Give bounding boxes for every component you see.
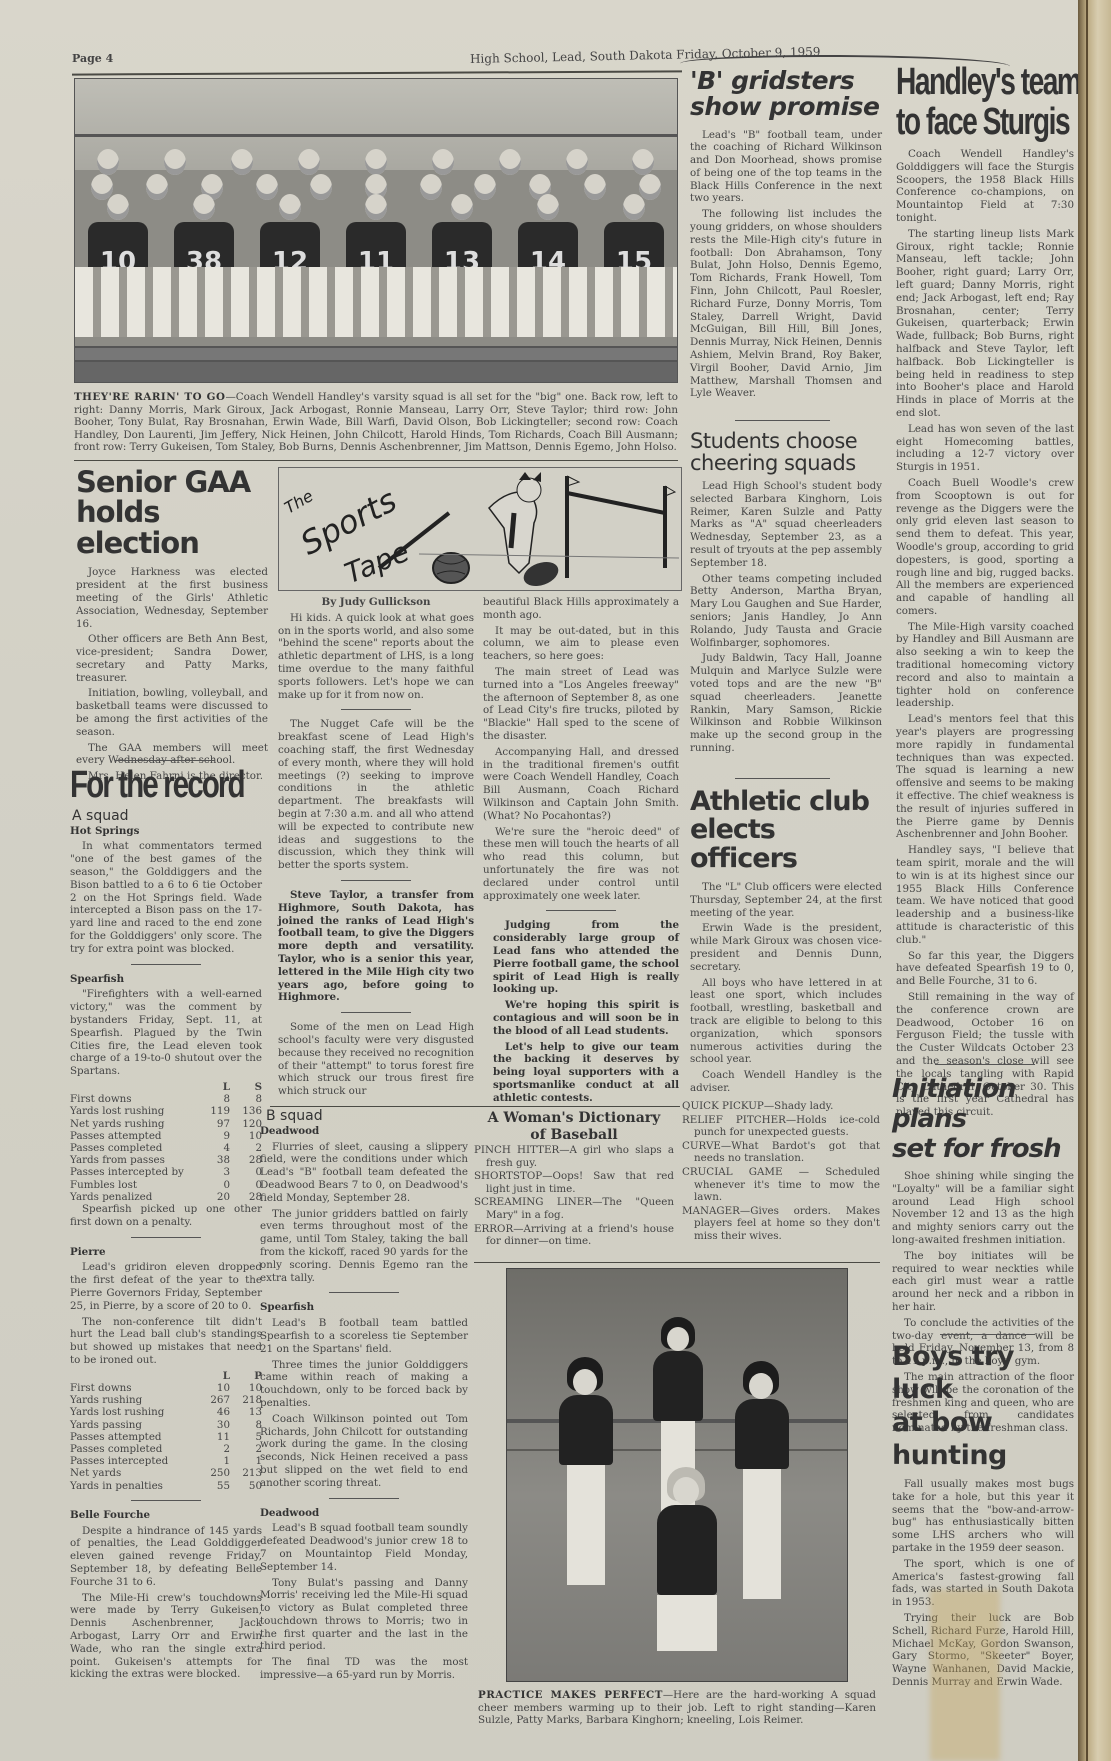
paragraph: Judging from the considerably large grou…	[493, 919, 679, 996]
page-number: Page 4	[72, 52, 113, 65]
table-row: Yards in penalties5550	[70, 1480, 262, 1492]
paragraph: Let's help to give our team the backing …	[493, 1041, 679, 1105]
table-row: Yards penalized2028	[70, 1191, 262, 1203]
game-title: Deadwood	[260, 1507, 468, 1520]
paragraph: Lead's B squad football team soundly def…	[260, 1522, 468, 1573]
paragraph: Joyce Harkness was elected president at …	[76, 566, 268, 630]
table-row: Net yards rushing97120	[70, 1118, 262, 1130]
binding-spine	[1078, 0, 1111, 1761]
paragraph: The starting lineup lists Mark Giroux, r…	[896, 228, 1074, 420]
table-row: Fumbles lost00	[70, 1179, 262, 1191]
table-row: Passes attempted115	[70, 1431, 262, 1443]
paragraph: Lead's "B" football team, under the coac…	[690, 129, 882, 206]
paragraph: Hi kids. A quick look at what goes on in…	[278, 612, 474, 702]
subhead-b-squad: B squad	[260, 1110, 468, 1123]
paragraph: The Nugget Cafe will be the breakfast sc…	[278, 718, 474, 872]
paragraph: Lead's B football team battled Spearfish…	[260, 1317, 468, 1355]
paragraph: Spearfish picked up one other first down…	[70, 1203, 262, 1229]
paragraph: Tony Bulat's passing and Danny Morris' r…	[260, 1577, 468, 1654]
table-row: Passes completed42	[70, 1142, 262, 1154]
paragraph: Coach Buell Woodle's crew from Scooptown…	[896, 477, 1074, 618]
paragraph: Lead's gridiron eleven dropped the first…	[70, 1261, 262, 1312]
headline: Students choosecheering squads	[690, 430, 882, 474]
paragraph: "Firefighters with a well-earned victory…	[70, 988, 262, 1078]
table-row: Passes attempted910	[70, 1130, 262, 1142]
table-row: First downs88	[70, 1093, 262, 1105]
headline: Handley's teamto face Sturgis	[896, 62, 1028, 142]
divider	[270, 1106, 680, 1107]
subhead-a-squad: A squad	[70, 810, 262, 823]
paragraph: Despite a hindrance of 145 yards of pena…	[70, 1525, 262, 1589]
sports-tape-column-1: By Judy Gullickson Hi kids. A quick look…	[278, 596, 474, 1101]
table-row: Passes intercepted by30	[70, 1166, 262, 1178]
dictionary-entry: SHORTSTOP—Oops! Saw that red light just …	[474, 1170, 674, 1195]
paragraph: It may be out-dated, but in this column,…	[483, 625, 679, 663]
paragraph: Flurries of sleet, causing a slippery fi…	[260, 1141, 468, 1205]
paragraph: We're hoping this spirit is contagious a…	[493, 999, 679, 1037]
divider	[735, 778, 830, 779]
dictionary-entry: MANAGER—Gives orders. Makes players feel…	[682, 1205, 880, 1243]
paragraph: beautiful Black Hills approximately a mo…	[483, 596, 679, 622]
paragraph: The main street of Lead was turned into …	[483, 666, 679, 743]
divider	[735, 420, 830, 421]
article-b-gridsters: 'B' gridstersshow promise Lead's "B" foo…	[690, 68, 882, 403]
table-row: Net yards250213	[70, 1467, 262, 1479]
byline: By Judy Gullickson	[278, 596, 474, 609]
cheerleader-photo-caption: PRACTICE MAKES PERFECT—Here are the hard…	[478, 1689, 876, 1727]
paragraph: Lead High School's student body selected…	[690, 480, 882, 570]
paragraph: The following list includes the young gr…	[690, 208, 882, 400]
paragraph: Coach Wilkinson pointed out Tom Richards…	[260, 1413, 468, 1490]
team-photo: 10 38 12 11 13 14 15	[74, 78, 678, 383]
womans-dictionary-right: QUICK PICKUP—Shady lady. RELIEF PITCHER—…	[682, 1100, 880, 1244]
dictionary-entry: ERROR—Arriving at a friend's house for d…	[474, 1223, 674, 1248]
paragraph: Accompanying Hall, and dressed in the tr…	[483, 746, 679, 823]
paragraph: Handley says, "I believe that team spiri…	[896, 844, 1074, 946]
headline: For the record	[70, 766, 220, 806]
paragraph: In what commentators termed "one of the …	[70, 840, 262, 955]
paragraph: Fall usually makes most bugs take for a …	[892, 1478, 1074, 1555]
paragraph: Steve Taylor, a transfer from Highmore, …	[278, 889, 474, 1004]
divider	[115, 760, 215, 761]
headline: 'B' gridstersshow promise	[690, 68, 882, 121]
article-for-the-record: For the record A squad Hot Springs In wh…	[70, 766, 262, 1684]
paragraph: Coach Wendell Handley is the adviser.	[690, 1069, 882, 1095]
sports-tape-column-2: beautiful Black Hills approximately a mo…	[483, 596, 679, 1107]
divider	[935, 1064, 1035, 1065]
newspaper-page: Page 4 High School, Lead, South Dakota F…	[0, 0, 1080, 1761]
table-row: Yards lost rushing4613	[70, 1406, 262, 1418]
paragraph: Other officers are Beth Ann Best, vice-p…	[76, 633, 268, 684]
binding-edge	[1086, 0, 1088, 1761]
article-senior-gaa: Senior GAAholds election Joyce Harkness …	[76, 467, 268, 786]
paragraph: So far this year, the Diggers have defea…	[896, 950, 1074, 988]
dictionary-entry: QUICK PICKUP—Shady lady.	[682, 1100, 880, 1113]
svg-text:Tape: Tape	[340, 535, 414, 590]
dictionary-entry: CURVE—What Bardot's got that needs no tr…	[682, 1140, 880, 1165]
dictionary-entry: CRUCIAL GAME — Scheduled whenever it's t…	[682, 1166, 880, 1204]
table-row: Passes intercepted11	[70, 1455, 262, 1467]
game-title: Deadwood	[260, 1125, 468, 1138]
paragraph: The "L" Club officers were elected Thurs…	[690, 881, 882, 919]
paragraph: The Mile-High varsity coached by Handley…	[896, 621, 1074, 711]
article-b-squad: B squad Deadwood Flurries of sleet, caus…	[260, 1110, 468, 1685]
paragraph: Three times the junior Golddiggers came …	[260, 1359, 468, 1410]
paragraph: Judy Baldwin, Tacy Hall, Joanne Mulquin …	[690, 652, 882, 754]
team-photo-back-row	[75, 149, 677, 175]
article-athletic-club: Athletic clubelects officers The "L" Clu…	[690, 788, 882, 1098]
svg-text:The: The	[281, 486, 316, 517]
paragraph: All boys who have lettered in at least o…	[690, 977, 882, 1067]
headline: Athletic clubelects officers	[690, 788, 882, 873]
game-title: Belle Fourche	[70, 1509, 262, 1522]
womans-dictionary-left: A Woman's Dictionaryof Baseball PINCH HI…	[474, 1110, 674, 1249]
sports-tape-cartoon: The Sports Tape	[278, 467, 682, 591]
dictionary-entry: PINCH HITTER—A girl who slaps a fresh gu…	[474, 1144, 674, 1169]
table-row: Yards passing308	[70, 1419, 262, 1431]
headline: Senior GAAholds election	[76, 467, 268, 558]
dictionary-entry: SCREAMING LINER—The "Queen Mary" in a fo…	[474, 1196, 674, 1221]
paragraph: Lead's mentors feel that this year's pla…	[896, 713, 1074, 841]
spearfish-stats-table: LS First downs88 Yards lost rushing11913…	[70, 1081, 262, 1203]
paragraph: The final TD was the most impressive—a 6…	[260, 1656, 468, 1682]
paragraph: Shoe shining while singing the "Loyalty"…	[892, 1170, 1074, 1247]
game-title: Pierre	[70, 1246, 262, 1259]
dictionary-title: A Woman's Dictionaryof Baseball	[474, 1110, 674, 1144]
article-handley-sturgis: Handley's teamto face Sturgis Coach Wend…	[896, 62, 1074, 1122]
divider	[74, 460, 678, 461]
paragraph: The non-conference tilt didn't hurt the …	[70, 1316, 262, 1367]
table-row: Yards from passes3828	[70, 1154, 262, 1166]
table-row: First downs1010	[70, 1382, 262, 1394]
pierre-stats-table: LP First downs1010 Yards rushing267218 Y…	[70, 1370, 262, 1492]
article-cheering-squads: Students choosecheering squads Lead High…	[690, 430, 882, 758]
dictionary-entry: RELIEF PITCHER—Holds ice-cold punch for …	[682, 1114, 880, 1139]
table-row: Passes completed22	[70, 1443, 262, 1455]
paragraph: We're sure the "heroic deed" of these me…	[483, 826, 679, 903]
divider	[474, 1262, 880, 1263]
headline: Initiation plansset for frosh	[892, 1074, 1074, 1164]
headline: Boys try luckat bow hunting	[892, 1340, 1074, 1472]
paragraph: The boy initiates will be required to we…	[892, 1250, 1074, 1314]
caption-lead: PRACTICE MAKES PERFECT	[478, 1689, 663, 1701]
paragraph: Other teams competing included Betty And…	[690, 573, 882, 650]
paragraph: Coach Wendell Handley's Golddiggers will…	[896, 148, 1074, 225]
table-row: Yards lost rushing119136	[70, 1105, 262, 1117]
paragraph: Initiation, bowling, volleyball, and bas…	[76, 687, 268, 738]
caption-lead: THEY'RE RARIN' TO GO	[74, 391, 225, 403]
paragraph: Some of the men on Lead High school's fa…	[278, 1021, 474, 1098]
game-title: Spearfish	[260, 1301, 468, 1314]
game-title: Hot Springs	[70, 825, 262, 838]
table-row: Yards rushing267218	[70, 1394, 262, 1406]
game-title: Spearfish	[70, 973, 262, 986]
header-rule	[72, 70, 682, 75]
divider	[940, 1334, 1035, 1335]
paragraph: Erwin Wade is the president, while Mark …	[690, 922, 882, 973]
paragraph: Lead has won seven of the last eight Hom…	[896, 423, 1074, 474]
paragraph: The junior gridders battled on fairly ev…	[260, 1208, 468, 1285]
paper-stain	[930, 1590, 1000, 1761]
team-photo-caption: THEY'RE RARIN' TO GO—Coach Wendell Handl…	[74, 391, 678, 454]
cartoon-illustration-icon: The Sports Tape	[279, 468, 683, 592]
cheerleader-photo	[506, 1268, 848, 1682]
paragraph: The Mile-Hi crew's touchdowns were made …	[70, 1592, 262, 1682]
